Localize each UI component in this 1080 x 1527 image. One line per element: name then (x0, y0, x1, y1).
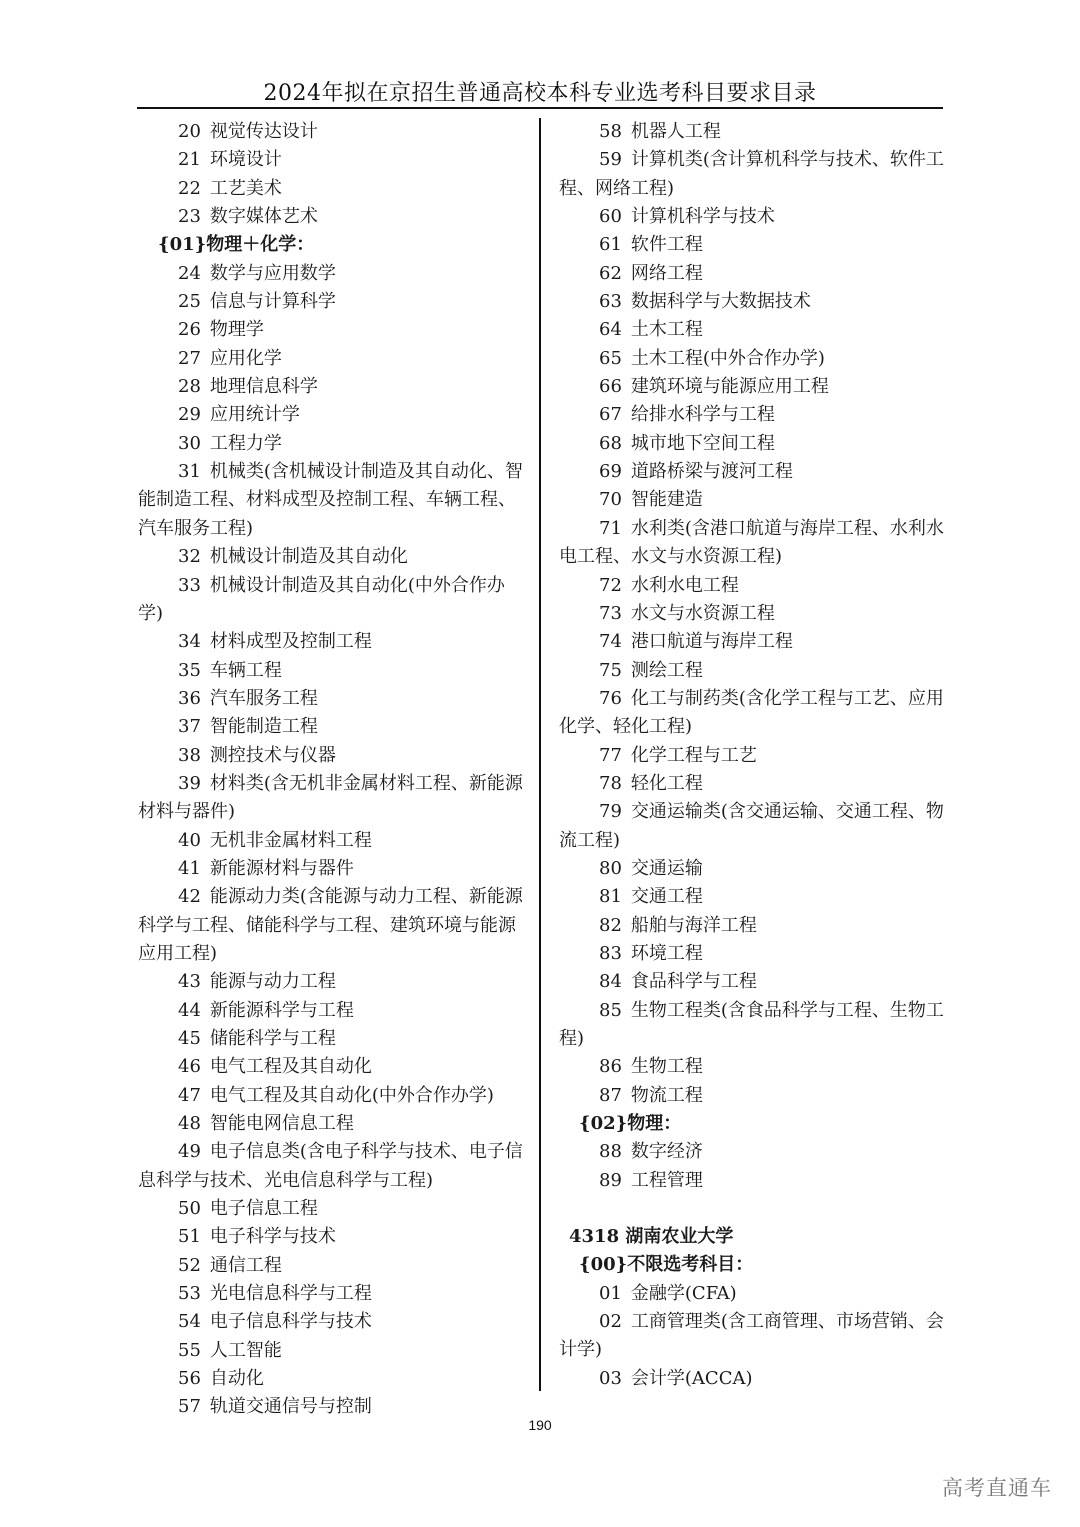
item-number: 44 (158, 997, 201, 1025)
item-text: 测绘工程 (631, 660, 703, 681)
item-text: 环境工程 (631, 943, 703, 964)
item-number: 67 (579, 401, 622, 429)
item-number: 23 (158, 203, 201, 231)
item-text: 智能电网信息工程 (210, 1113, 354, 1134)
item-text: 金融学(CFA) (631, 1283, 737, 1304)
list-item: 73水文与水资源工程 (559, 600, 945, 628)
item-text: 土木工程(中外合作办学) (631, 348, 825, 369)
list-item: 01金融学(CFA) (559, 1280, 945, 1308)
list-item: 84食品科学与工程 (559, 968, 945, 996)
item-text: 智能制造工程 (210, 716, 318, 737)
item-text: 工艺美术 (210, 178, 282, 199)
list-item: 78轻化工程 (559, 770, 945, 798)
item-number: 42 (158, 883, 201, 911)
item-number: 77 (579, 742, 622, 770)
item-number: 74 (579, 628, 622, 656)
item-number: 53 (158, 1280, 201, 1308)
list-item: 43能源与动力工程 (138, 968, 524, 996)
item-number: 62 (579, 260, 622, 288)
watermark: 高考直通车 (942, 1472, 1052, 1502)
item-text: 电子科学与技术 (210, 1226, 336, 1247)
item-number: 29 (158, 401, 201, 429)
item-number: 36 (158, 685, 201, 713)
item-text: 电子信息科学与技术 (210, 1311, 372, 1332)
item-text: 数据科学与大数据技术 (631, 291, 811, 312)
item-number: 31 (158, 458, 201, 486)
item-number: 22 (158, 175, 201, 203)
item-text: 电子信息工程 (210, 1198, 318, 1219)
list-item: 67给排水科学与工程 (559, 401, 945, 429)
item-text: 生物工程 (631, 1056, 703, 1077)
item-text: 水文与水资源工程 (631, 603, 775, 624)
item-number: 54 (158, 1308, 201, 1336)
item-number: 27 (158, 345, 201, 373)
item-number: 64 (579, 316, 622, 344)
list-item: 64土木工程 (559, 316, 945, 344)
item-number: 40 (158, 827, 201, 855)
item-number: 76 (579, 685, 622, 713)
list-item: 39材料类(含无机非金属材料工程、新能源材料与器件) (138, 770, 524, 827)
item-number: 66 (579, 373, 622, 401)
list-item: 74港口航道与海岸工程 (559, 628, 945, 656)
item-text: 电气工程及其自动化 (210, 1056, 372, 1077)
item-number: 26 (158, 316, 201, 344)
item-text: 车辆工程 (210, 660, 282, 681)
list-item: 20视觉传达设计 (138, 118, 524, 146)
list-item: 81交通工程 (559, 883, 945, 911)
item-text: 食品科学与工程 (631, 971, 757, 992)
list-item: 29应用统计学 (138, 401, 524, 429)
item-text: 人工智能 (210, 1340, 282, 1361)
item-text: 电气工程及其自动化(中外合作办学) (210, 1085, 494, 1106)
item-text: 网络工程 (631, 263, 703, 284)
list-item: 22工艺美术 (138, 175, 524, 203)
item-text: 港口航道与海岸工程 (631, 631, 793, 652)
item-text: 机器人工程 (631, 121, 721, 142)
item-number: 49 (158, 1138, 201, 1166)
item-number: 25 (158, 288, 201, 316)
item-number: 41 (158, 855, 201, 883)
item-number: 48 (158, 1110, 201, 1138)
item-number: 71 (579, 515, 622, 543)
list-item: 63数据科学与大数据技术 (559, 288, 945, 316)
item-text: 物理学 (210, 319, 264, 340)
item-number: 75 (579, 657, 622, 685)
item-number: 85 (579, 997, 622, 1025)
item-number: 55 (158, 1337, 201, 1365)
item-text: 给排水科学与工程 (631, 404, 775, 425)
school-heading: 4318 湖南农业大学 (559, 1223, 945, 1251)
list-item: 36汽车服务工程 (138, 685, 524, 713)
item-text: 软件工程 (631, 234, 703, 255)
list-item: 30工程力学 (138, 430, 524, 458)
item-text: 储能科学与工程 (210, 1028, 336, 1049)
item-number: 88 (579, 1138, 622, 1166)
item-text: 自动化 (210, 1368, 264, 1389)
list-item: 79交通运输类(含交通运输、交通工程、物流工程) (559, 798, 945, 855)
list-item: 37智能制造工程 (138, 713, 524, 741)
item-number: 34 (158, 628, 201, 656)
list-item: 21环境设计 (138, 146, 524, 174)
item-text: 地理信息科学 (210, 376, 318, 397)
list-item: 24数学与应用数学 (138, 260, 524, 288)
list-item: 35车辆工程 (138, 657, 524, 685)
list-item: 85生物工程类(含食品科学与工程、生物工程) (559, 997, 945, 1054)
item-number: 81 (579, 883, 622, 911)
list-item: 45储能科学与工程 (138, 1025, 524, 1053)
page-number: 190 (0, 1417, 1080, 1433)
item-text: 应用化学 (210, 348, 282, 369)
item-number: 03 (579, 1365, 622, 1393)
item-text: 交通工程 (631, 886, 703, 907)
item-number: 47 (158, 1082, 201, 1110)
item-number: 70 (579, 486, 622, 514)
item-text: 视觉传达设计 (210, 121, 318, 142)
item-number: 35 (158, 657, 201, 685)
list-item: 69道路桥梁与渡河工程 (559, 458, 945, 486)
list-item: 51电子科学与技术 (138, 1223, 524, 1251)
item-text: 工程力学 (210, 433, 282, 454)
list-item: 62网络工程 (559, 260, 945, 288)
list-item: 80交通运输 (559, 855, 945, 883)
list-item: 71水利类(含港口航道与海岸工程、水利水电工程、水文与水资源工程) (559, 515, 945, 572)
list-item: 42能源动力类(含能源与动力工程、新能源科学与工程、储能科学与工程、建筑环境与能… (138, 883, 524, 968)
item-text: 信息与计算科学 (210, 291, 336, 312)
item-number: 86 (579, 1053, 622, 1081)
item-number: 52 (158, 1252, 201, 1280)
item-text: 新能源材料与器件 (210, 858, 354, 879)
item-number: 82 (579, 912, 622, 940)
list-item: 52通信工程 (138, 1252, 524, 1280)
subject-requirement-heading: {00}不限选考科目： (559, 1251, 945, 1279)
item-text: 环境设计 (210, 149, 282, 170)
list-item: 33机械设计制造及其自动化(中外合作办学) (138, 572, 524, 629)
item-number: 50 (158, 1195, 201, 1223)
list-item: 28地理信息科学 (138, 373, 524, 401)
subject-requirement-heading: {01}物理＋化学： (138, 231, 524, 259)
item-text: 无机非金属材料工程 (210, 830, 372, 851)
item-text: 新能源科学与工程 (210, 1000, 354, 1021)
item-number: 32 (158, 543, 201, 571)
list-item: 46电气工程及其自动化 (138, 1053, 524, 1081)
list-item: 23数字媒体艺术 (138, 203, 524, 231)
item-text: 机械设计制造及其自动化 (210, 546, 408, 567)
list-item: 49电子信息类(含电子科学与技术、电子信息科学与技术、光电信息科学与工程) (138, 1138, 524, 1195)
list-item: 32机械设计制造及其自动化 (138, 543, 524, 571)
item-number: 60 (579, 203, 622, 231)
item-number: 56 (158, 1365, 201, 1393)
list-item: 48智能电网信息工程 (138, 1110, 524, 1138)
list-item: 44新能源科学与工程 (138, 997, 524, 1025)
item-text: 汽车服务工程 (210, 688, 318, 709)
item-text: 轻化工程 (631, 773, 703, 794)
item-number: 63 (579, 288, 622, 316)
item-number: 78 (579, 770, 622, 798)
item-number: 24 (158, 260, 201, 288)
item-number: 51 (158, 1223, 201, 1251)
right-column: 58机器人工程59计算机类(含计算机科学与技术、软件工程、网络工程)60计算机科… (559, 118, 945, 1393)
list-item: 56自动化 (138, 1365, 524, 1393)
list-item: 76化工与制药类(含化学工程与工艺、应用化学、轻化工程) (559, 685, 945, 742)
subject-requirement-heading: {02}物理： (559, 1110, 945, 1138)
item-text: 光电信息科学与工程 (210, 1283, 372, 1304)
list-item: 65土木工程(中外合作办学) (559, 345, 945, 373)
item-number: 02 (579, 1308, 622, 1336)
item-number: 79 (579, 798, 622, 826)
list-item: 58机器人工程 (559, 118, 945, 146)
left-column: 20视觉传达设计21环境设计22工艺美术23数字媒体艺术{01}物理＋化学：24… (138, 118, 524, 1422)
item-text: 化学工程与工艺 (631, 745, 757, 766)
list-item: 88数字经济 (559, 1138, 945, 1166)
list-item: 86生物工程 (559, 1053, 945, 1081)
item-text: 物流工程 (631, 1085, 703, 1106)
list-item: 25信息与计算科学 (138, 288, 524, 316)
item-text: 建筑环境与能源应用工程 (631, 376, 829, 397)
list-item: 41新能源材料与器件 (138, 855, 524, 883)
item-number: 21 (158, 146, 201, 174)
item-text: 数字媒体艺术 (210, 206, 318, 227)
item-text: 测控技术与仪器 (210, 745, 336, 766)
item-text: 智能建造 (631, 489, 703, 510)
item-number: 45 (158, 1025, 201, 1053)
column-divider (539, 118, 541, 1391)
list-item: 02工商管理类(含工商管理、市场营销、会计学) (559, 1308, 945, 1365)
item-number: 69 (579, 458, 622, 486)
item-text: 水利水电工程 (631, 575, 739, 596)
list-item: 60计算机科学与技术 (559, 203, 945, 231)
item-number: 68 (579, 430, 622, 458)
item-text: 船舶与海洋工程 (631, 915, 757, 936)
item-number: 58 (579, 118, 622, 146)
list-item: 66建筑环境与能源应用工程 (559, 373, 945, 401)
list-item: 75测绘工程 (559, 657, 945, 685)
item-number: 80 (579, 855, 622, 883)
list-item: 26物理学 (138, 316, 524, 344)
list-item: 03会计学(ACCA) (559, 1365, 945, 1393)
item-text: 材料成型及控制工程 (210, 631, 372, 652)
item-text: 应用统计学 (210, 404, 300, 425)
item-text: 计算机科学与技术 (631, 206, 775, 227)
item-number: 28 (158, 373, 201, 401)
item-number: 73 (579, 600, 622, 628)
list-item: 72水利水电工程 (559, 572, 945, 600)
page-title: 2024年拟在京招生普通高校本科专业选考科目要求目录 (137, 76, 943, 107)
item-number: 20 (158, 118, 201, 146)
list-item: 61软件工程 (559, 231, 945, 259)
list-item: 38测控技术与仪器 (138, 742, 524, 770)
list-item: 87物流工程 (559, 1082, 945, 1110)
item-text: 道路桥梁与渡河工程 (631, 461, 793, 482)
list-item: 77化学工程与工艺 (559, 742, 945, 770)
item-number: 84 (579, 968, 622, 996)
item-number: 33 (158, 572, 201, 600)
item-number: 01 (579, 1280, 622, 1308)
item-number: 30 (158, 430, 201, 458)
item-number: 61 (579, 231, 622, 259)
item-text: 轨道交通信号与控制 (210, 1396, 372, 1417)
item-text: 数字经济 (631, 1141, 703, 1162)
item-number: 37 (158, 713, 201, 741)
list-item: 31机械类(含机械设计制造及其自动化、智能制造工程、材料成型及控制工程、车辆工程… (138, 458, 524, 543)
item-number: 87 (579, 1082, 622, 1110)
list-item: 47电气工程及其自动化(中外合作办学) (138, 1082, 524, 1110)
item-number: 59 (579, 146, 622, 174)
item-number: 72 (579, 572, 622, 600)
item-text: 能源与动力工程 (210, 971, 336, 992)
list-item: 50电子信息工程 (138, 1195, 524, 1223)
item-text: 通信工程 (210, 1255, 282, 1276)
list-item: 68城市地下空间工程 (559, 430, 945, 458)
item-text: 会计学(ACCA) (631, 1368, 753, 1389)
item-text: 数学与应用数学 (210, 263, 336, 284)
item-text: 交通运输 (631, 858, 703, 879)
item-number: 65 (579, 345, 622, 373)
list-item: 55人工智能 (138, 1337, 524, 1365)
list-item: 83环境工程 (559, 940, 945, 968)
title-rule (137, 107, 943, 109)
item-text: 工程管理 (631, 1170, 703, 1191)
item-number: 39 (158, 770, 201, 798)
list-item: 27应用化学 (138, 345, 524, 373)
list-item: 40无机非金属材料工程 (138, 827, 524, 855)
item-number: 46 (158, 1053, 201, 1081)
item-number: 38 (158, 742, 201, 770)
list-item: 54电子信息科学与技术 (138, 1308, 524, 1336)
list-item: 53光电信息科学与工程 (138, 1280, 524, 1308)
list-item: 70智能建造 (559, 486, 945, 514)
list-item: 82船舶与海洋工程 (559, 912, 945, 940)
list-item: 59计算机类(含计算机科学与技术、软件工程、网络工程) (559, 146, 945, 203)
item-number: 83 (579, 940, 622, 968)
list-item: 89工程管理 (559, 1167, 945, 1195)
item-number: 43 (158, 968, 201, 996)
item-text: 城市地下空间工程 (631, 433, 775, 454)
list-item: 34材料成型及控制工程 (138, 628, 524, 656)
item-number: 89 (579, 1167, 622, 1195)
item-text: 土木工程 (631, 319, 703, 340)
